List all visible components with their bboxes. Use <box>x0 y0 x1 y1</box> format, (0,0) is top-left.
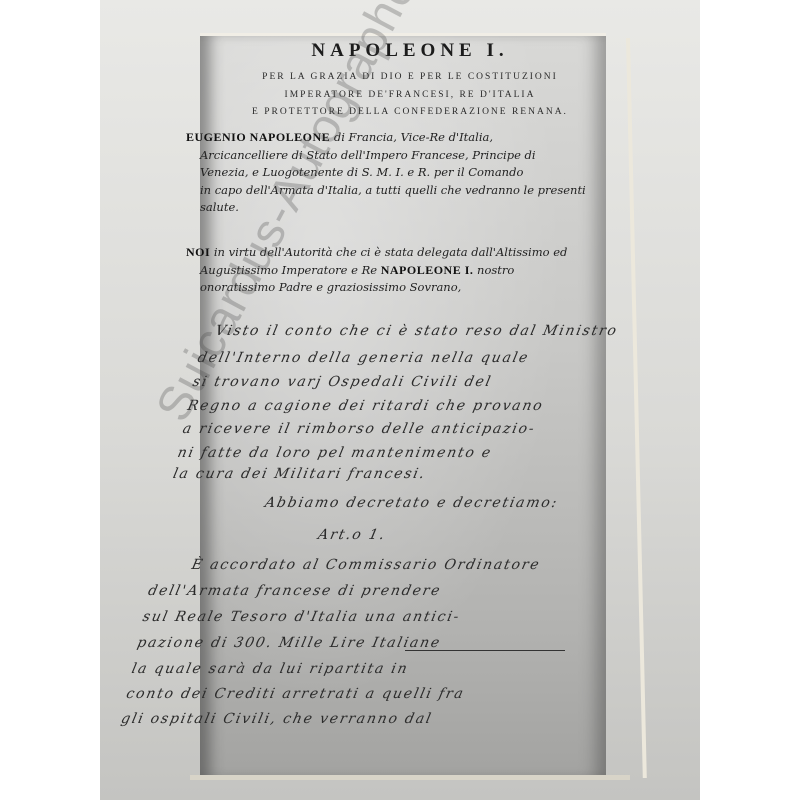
handwritten-line: si trovano varj Ospedali Civili del <box>191 374 493 390</box>
printed-line: Arcicancelliere di Stato dell'Impero Fra… <box>186 147 606 165</box>
handwritten-line: dell'Interno della generia nella quale <box>196 350 531 366</box>
emperor-name: NAPOLEONE I. <box>381 263 474 277</box>
printed-paragraph-1: EUGENIO NAPOLEONE di Francia, Vice-Re d'… <box>186 129 606 217</box>
document-content: NAPOLEONE I. PER LA GRAZIA DI DIO E PER … <box>0 0 800 800</box>
amount-underline <box>405 650 565 651</box>
decree-line: Abbiamo decretato e decretiamo: <box>263 495 559 511</box>
handwritten-line: sul Reale Tesoro d'Italia una antici- <box>141 609 462 625</box>
handwritten-line: È accordato al Commissario Ordinatore <box>190 557 542 573</box>
handwritten-line: gli ospitali Civili, che verranno dal <box>119 711 433 727</box>
handwritten-line: ni fatte da loro pel mantenimento e <box>176 445 494 461</box>
handwritten-line: la cura dei Militari francesi. <box>172 466 428 482</box>
document-title: NAPOLEONE I. <box>200 40 620 62</box>
subtitle-line-1: PER LA GRAZIA DI DIO E PER LE COSTITUZIO… <box>200 72 620 82</box>
noi-lead: NOI <box>186 245 210 259</box>
handwritten-line: dell'Armata francese di prendere <box>147 583 443 599</box>
printed-line: Venezia, e Luogotenente di S. M. I. e R.… <box>186 164 606 182</box>
article-heading: Art.o 1. <box>317 527 388 543</box>
subtitle-line-2: IMPERATORE DE'FRANCESI, RE D'ITALIA <box>200 90 620 100</box>
handwritten-line: a ricevere il rimborso delle anticipazio… <box>181 421 537 437</box>
handwritten-line: la quale sarà da lui ripartita in <box>130 661 410 677</box>
printed-text: nostro <box>473 263 514 277</box>
handwritten-line: Regno a cagione dei ritardi che provano <box>186 398 545 414</box>
handwritten-line: pazione di 300. Mille Lire Italiane <box>136 635 443 651</box>
handwritten-line: conto dei Crediti arretrati a quelli fra <box>125 686 466 702</box>
issuer-title: di Francia, Vice-Re d'Italia, <box>330 130 493 144</box>
subtitle-line-3: E PROTETTORE DELLA CONFEDERAZIONE RENANA… <box>200 107 620 117</box>
printed-line: in capo dell'Armata d'Italia, a tutti qu… <box>186 182 606 200</box>
handwritten-line: Visto il conto che ci è stato reso dal M… <box>214 323 620 339</box>
